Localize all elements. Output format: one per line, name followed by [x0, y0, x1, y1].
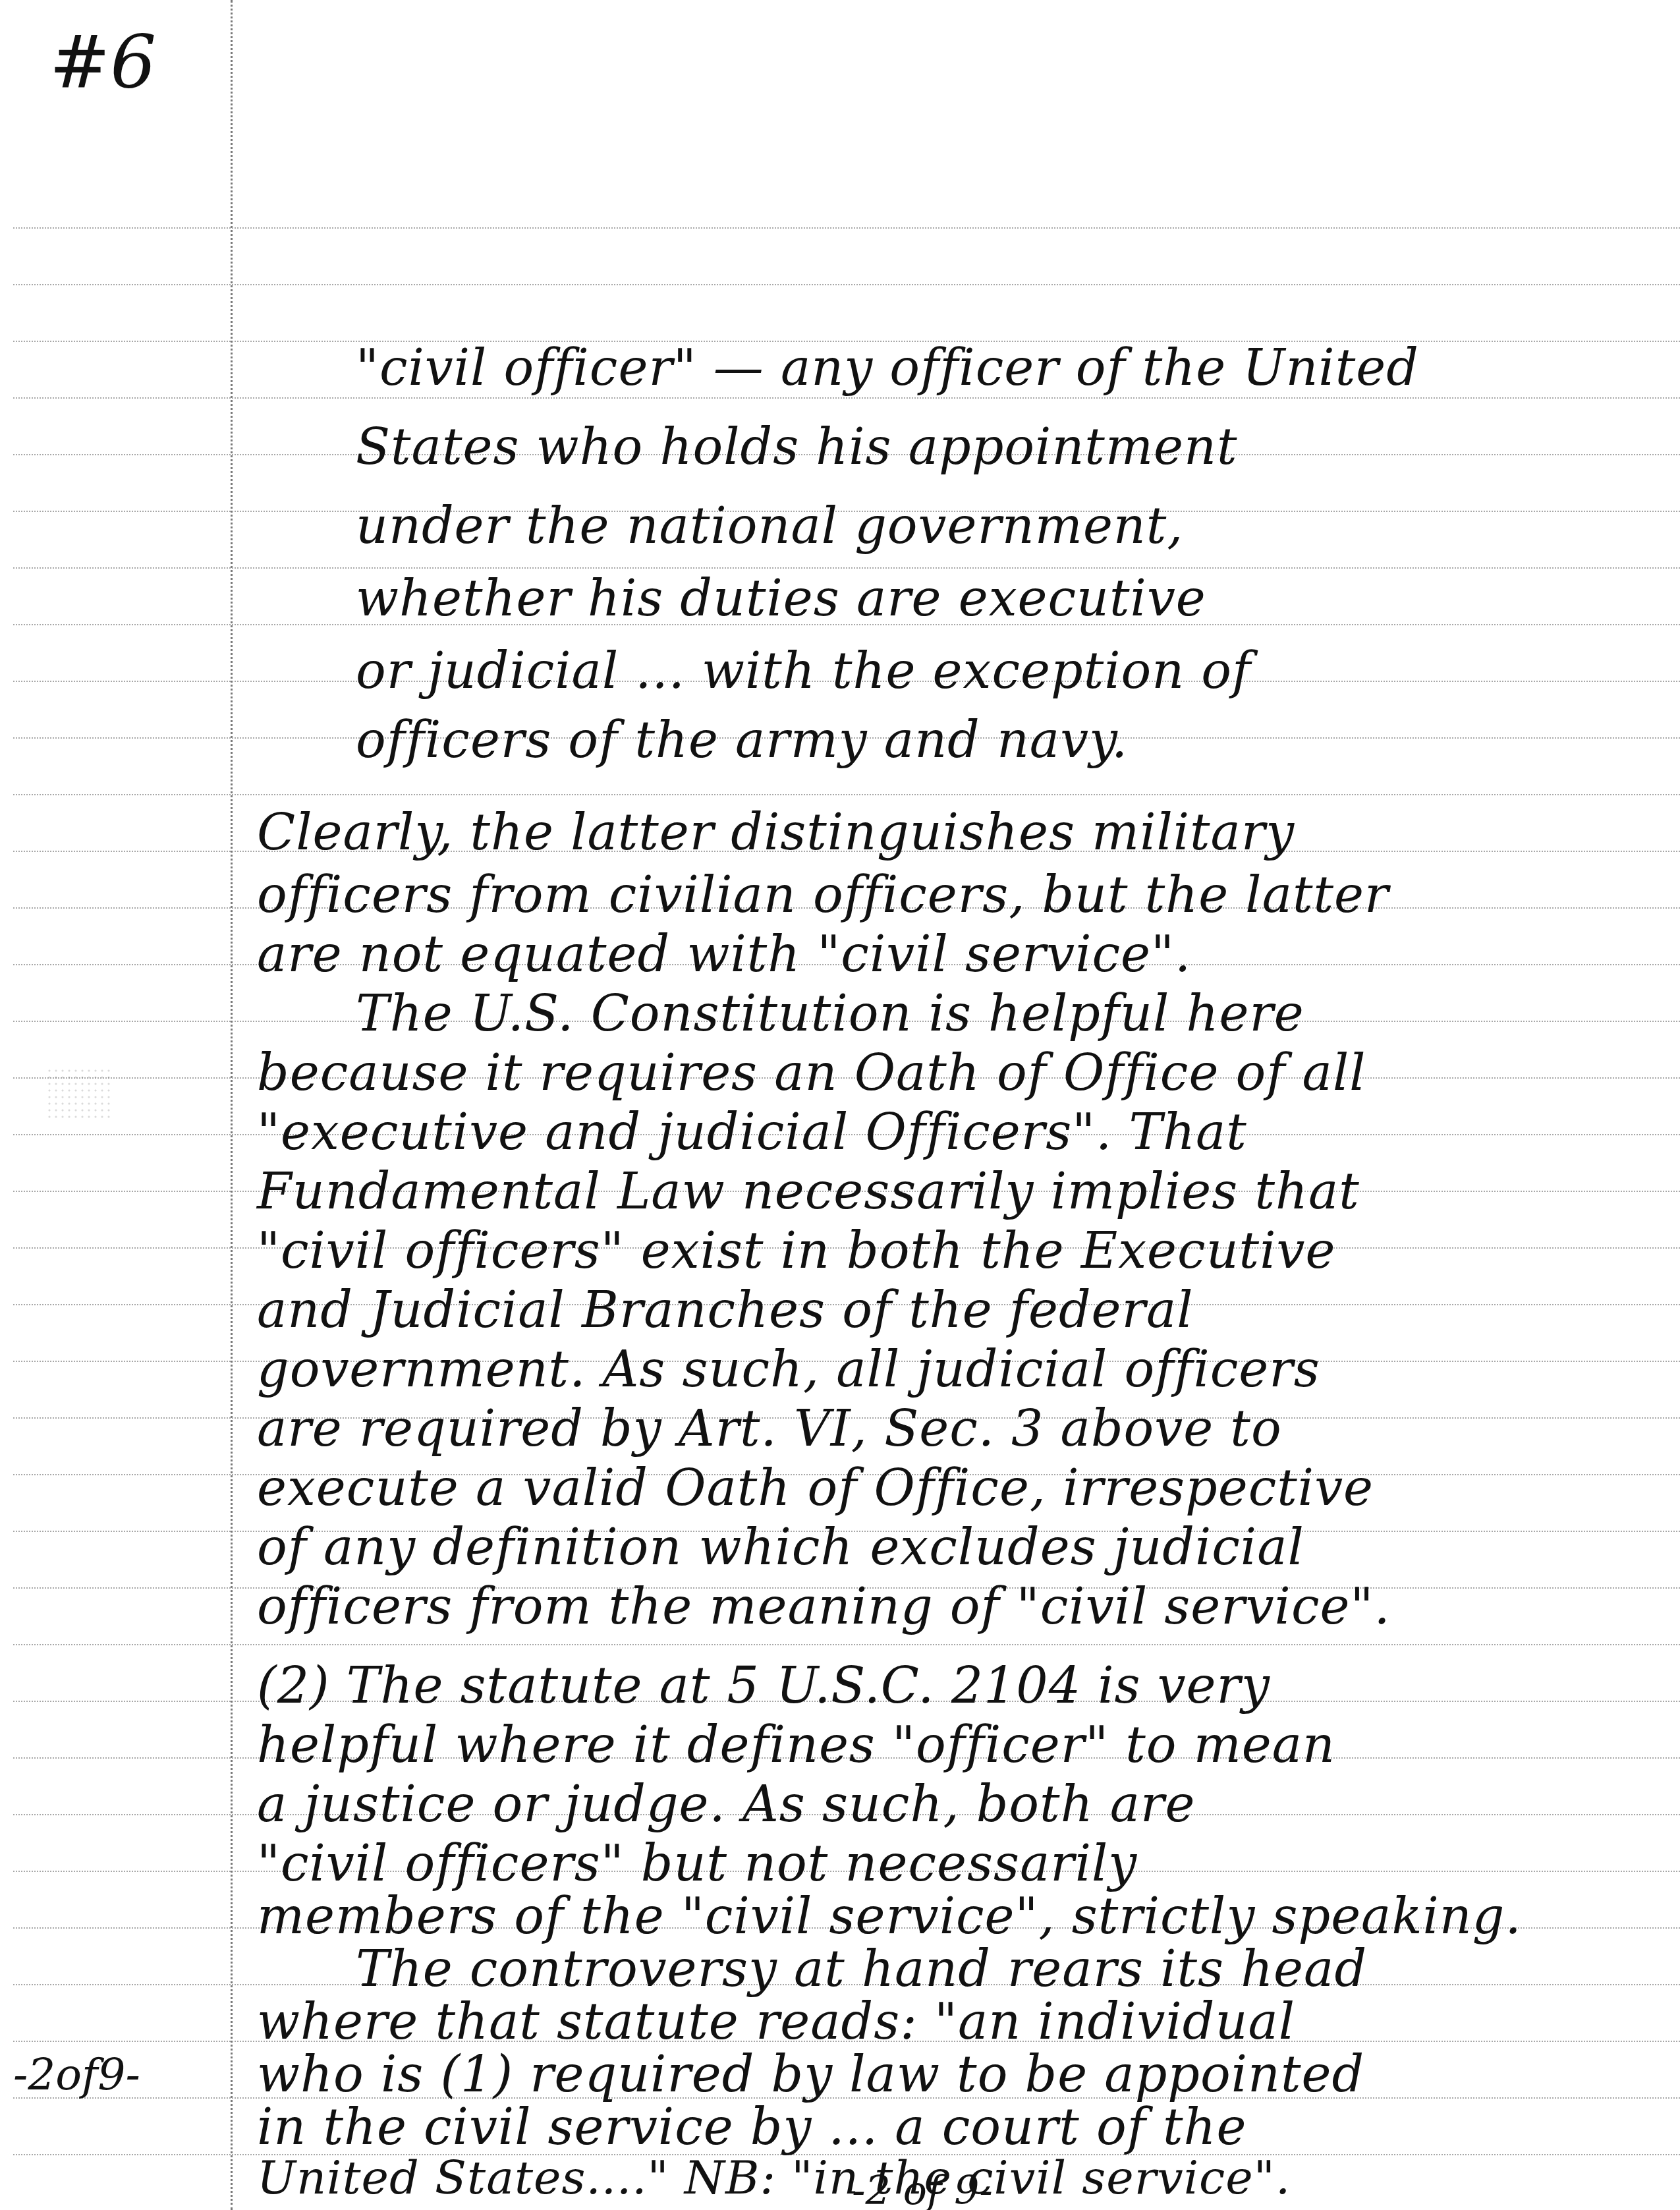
footer-page-marker: -2 of 9- — [0, 2168, 1680, 2210]
body-line: where that statute reads: "an individual — [257, 1997, 1295, 2047]
ruled-line — [13, 284, 1680, 285]
body-line: who is (1) required by law to be appoint… — [257, 2049, 1364, 2099]
margin-line — [231, 0, 233, 2210]
body-line: helpful where it defines "officer" to me… — [257, 1720, 1335, 1770]
body-line: a justice or judge. As such, both are — [257, 1779, 1195, 1829]
quote-line: "civil officer" — any officer of the Uni… — [356, 343, 1419, 393]
body-line: Clearly, the latter distinguishes milita… — [257, 807, 1295, 857]
quote-line: whether his duties are executive — [356, 573, 1206, 623]
body-line: "civil officers" exist in both the Execu… — [257, 1226, 1335, 1276]
body-line: of any definition which excludes judicia… — [257, 1522, 1304, 1572]
body-line: members of the "civil service", strictly… — [257, 1891, 1522, 1941]
page-tag: #6 — [49, 20, 156, 104]
body-line: officers from civilian officers, but the… — [257, 870, 1389, 920]
body-line: (2) The statute at 5 U.S.C. 2104 is very — [257, 1660, 1270, 1711]
ruled-line — [13, 397, 1680, 399]
body-line: officers from the meaning of "civil serv… — [257, 1581, 1391, 1631]
quote-line: States who holds his appointment — [356, 422, 1237, 472]
ruled-line — [13, 227, 1680, 229]
body-line: are not equated with "civil service". — [257, 929, 1191, 979]
body-line: execute a valid Oath of Office, irrespec… — [257, 1463, 1374, 1513]
margin-page-marker: -2of9- — [13, 2049, 140, 2100]
scan-smudge — [46, 1067, 112, 1120]
handwritten-page: #6 "civil officer" — any officer of the … — [0, 0, 1680, 2210]
body-line: in the civil service by ... a court of t… — [257, 2102, 1247, 2152]
body-line: "executive and judicial Officers". That — [257, 1107, 1247, 1157]
body-line: Fundamental Law necessarily implies that — [257, 1166, 1360, 1216]
quote-line: officers of the army and navy. — [356, 715, 1128, 765]
body-line: government. As such, all judicial office… — [257, 1344, 1320, 1394]
ruled-line — [13, 1644, 1680, 1645]
body-line: "civil officers" but not necessarily — [257, 1838, 1137, 1888]
body-line: are required by Art. VI, Sec. 3 above to — [257, 1403, 1282, 1454]
quote-line: under the national government, — [356, 501, 1184, 551]
body-line: and Judicial Branches of the federal — [257, 1285, 1194, 1335]
quote-line: or judicial ... with the exception of — [356, 646, 1251, 696]
ruled-line — [13, 794, 1680, 795]
body-line: The controversy at hand rears its head — [356, 1944, 1367, 1994]
body-line: The U.S. Constitution is helpful here — [356, 988, 1304, 1038]
body-line: because it requires an Oath of Office of… — [257, 1048, 1366, 1098]
